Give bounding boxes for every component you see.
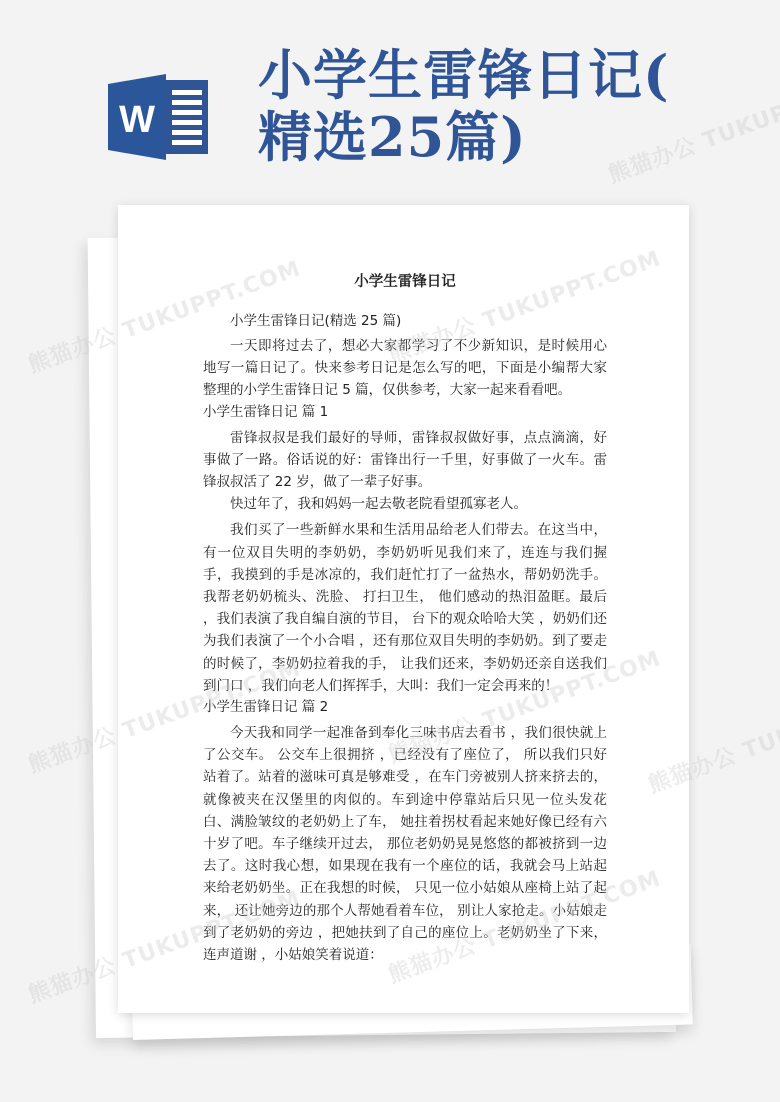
svg-text:W: W: [119, 99, 155, 141]
document-subtitle: 小学生雷锋日记(精选 25 篇): [203, 310, 607, 332]
paragraph: 快过年了，我和妈妈一起去敬老院看望孤寡老人。: [203, 493, 607, 515]
document-page: 小学生雷锋日记 小学生雷锋日记(精选 25 篇) 一天即将过去了，想必大家都学习…: [118, 205, 689, 1013]
section-heading-1: 小学生雷锋日记 篇 1: [203, 402, 607, 422]
section-heading-2: 小学生雷锋日记 篇 2: [203, 697, 607, 717]
word-document-icon: W: [108, 74, 210, 160]
cover-title-line-1: 小学生雷锋日记(: [258, 44, 738, 106]
paragraph: 我们买了一些新鲜水果和生活用品给老人们带去。在这当中，有一位双目失明的李奶奶，李…: [203, 519, 607, 697]
paragraph: 雷锋叔叔是我们最好的导师，雷锋叔叔做好事，点点滴滴，好事做了一路。俗话说的好：雷…: [203, 427, 607, 494]
intro-paragraph: 一天即将过去了，想必大家都学习了不少新知识，是时候用心地写一篇日记了。快来参考日…: [203, 335, 607, 402]
paragraph: 今天我和同学一起准备到奉化三味书店去看书 ，我们很快就上了公交车。 公交车上很拥…: [203, 722, 607, 966]
cover-title: 小学生雷锋日记( 精选25篇): [258, 44, 738, 168]
document-title: 小学生雷锋日记: [203, 271, 607, 293]
document-body: 小学生雷锋日记 小学生雷锋日记(精选 25 篇) 一天即将过去了，想必大家都学习…: [203, 271, 607, 966]
cover-title-line-2: 精选25篇): [258, 106, 738, 168]
